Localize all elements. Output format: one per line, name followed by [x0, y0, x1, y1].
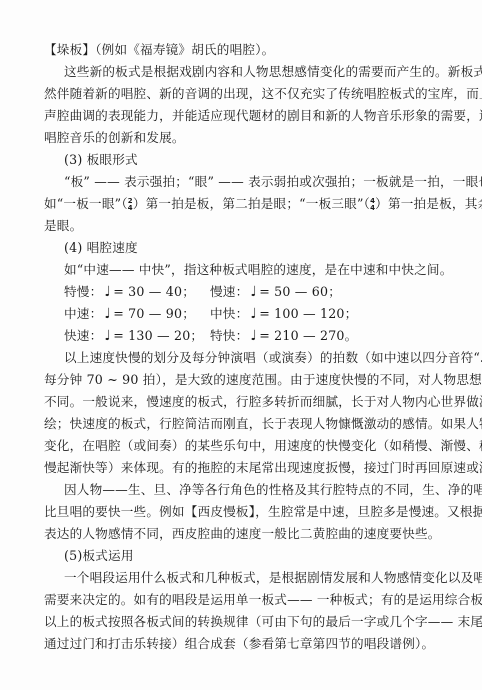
- paragraph-line: 比旦唱的要快一些。例如【西皮慢板】，生腔常是中速，旦腔多是慢速。又根据声腔曲调所: [44, 504, 482, 520]
- document-page: 【垛板】（例如《福寿镜》胡氏的唱腔）。这些新的板式是根据戏剧内容和人物思想感情变…: [0, 0, 482, 690]
- beat-example-line: 如“一板一眼”（24）第一拍是板，第二拍是眼；“一板三眼”（44）第一拍是板，其…: [44, 196, 482, 212]
- beat-example-prefix: 如“一板一眼”（: [44, 196, 128, 211]
- paragraph-line: 慢起渐快等）来体现。有的拖腔的末尾常出现速度扳慢，接过门时再回原速或渐加快。: [44, 460, 482, 476]
- paragraph-line: (4) 唱腔速度: [64, 240, 138, 256]
- quarter-note-icon: ♩: [250, 284, 257, 300]
- paragraph-line: 需要来决定的。如有的唱段是运用单一板式—— 一种板式；有的是运用综合板式—— 将…: [44, 592, 482, 608]
- paragraph-line: 一个唱段运用什么板式和几种板式，是根据剧情发展和人物感情变化以及唱词内容等的: [64, 570, 482, 586]
- quarter-note-icon: ♩: [250, 328, 257, 344]
- text-column: 【垛板】（例如《福寿镜》胡氏的唱腔）。这些新的板式是根据戏剧内容和人物思想感情变…: [44, 0, 454, 690]
- paragraph-line: 因人物——生、旦、净等各行角色的性格及其行腔特点的不同，生、净的唱腔速度一般: [64, 482, 482, 498]
- tempo-row: 中快：♩= 100 — 120；: [210, 306, 357, 322]
- paragraph-line: 以上速度快慢的划分及每分钟演唱（或演奏）的拍数（如中速以四分音符“♩”为一拍: [64, 350, 482, 366]
- duoban-heading-line: 【垛板】（例如《福寿镜》胡氏的唱腔）。: [44, 42, 274, 58]
- paragraph-line: 声腔曲调的表现能力，并能适应现代题材的剧目和新的人物音乐形象的需要，这标志着京剧: [44, 108, 482, 124]
- paragraph-line: 表达的人物感情不同，西皮腔曲的速度一般比二黄腔曲的速度要快些。: [44, 526, 441, 542]
- paragraph-line: 绘；快速度的板式，行腔简洁而刚直，长于表现人物慷慨激动的感情。如果人物情绪有起伏: [44, 416, 482, 432]
- paragraph-line: “板” —— 表示强拍；“眼” —— 表示弱拍或次强拍；一板就是一拍，一眼也是一…: [64, 174, 482, 190]
- paragraph-line: 如“中速—— 中快”，指这种板式唱腔的速度，是在中速和中快之间。: [64, 262, 453, 278]
- paragraph-line: 不同。一般说来，慢速度的板式，行腔多转折而细腻，长于对人物内心世界做深入细致地描: [44, 394, 482, 410]
- beat-example-suffix: ）第一拍是板，其余三拍: [375, 196, 482, 211]
- tempo-row: 中速：♩= 70 — 90；: [64, 306, 195, 322]
- paragraph-line: (5)板式运用: [64, 548, 134, 564]
- tempo-row: 特快：♩= 210 — 270。: [210, 328, 357, 344]
- tempo-row: 快速：♩= 130 — 20；: [64, 328, 203, 344]
- beat-example-mid: ）第一拍是板，第二拍是眼；“一板三眼”（: [133, 196, 370, 211]
- quarter-note-icon: ♩: [104, 284, 111, 300]
- paragraph-line: 这些新的板式是根据戏剧内容和人物思想感情变化的需要而产生的。新板式的产生，必: [64, 64, 482, 80]
- tempo-row: 慢速：♩= 50 — 60；: [210, 284, 341, 300]
- quarter-note-icon: ♩: [104, 306, 111, 322]
- paragraph-line: 然伴随着新的唱腔、新的音调的出现，这不仅充实了传统唱腔板式的宝库，而且提高了各种: [44, 86, 482, 102]
- quarter-note-icon: ♩: [104, 328, 111, 344]
- paragraph-line: 以上的板式按照各板式间的转换规律（可由下句的最后一字或几个字—— 末尾分句转接，…: [44, 614, 482, 630]
- paragraph-line: (3) 板眼形式: [64, 152, 138, 168]
- paragraph-line: 唱腔音乐的创新和发展。: [44, 130, 185, 146]
- quarter-note-icon: ♩: [250, 306, 257, 322]
- paragraph-line: 每分钟 70 ~ 90 拍），是大致的速度范围。由于速度快慢的不同，对人物思想感…: [44, 372, 482, 388]
- tempo-row: 特慢：♩= 30 — 40；: [64, 284, 195, 300]
- paragraph-line: 是眼。: [44, 218, 82, 234]
- paragraph-line: 通过过门和打击乐转接）组合成套（参看第七章第四节的唱段谱例）。: [44, 636, 434, 652]
- paragraph-line: 变化，在唱腔（或间奏）的某些乐句中，用速度的快慢变化（如稍慢、渐慢、稍快、渐快和: [44, 438, 482, 454]
